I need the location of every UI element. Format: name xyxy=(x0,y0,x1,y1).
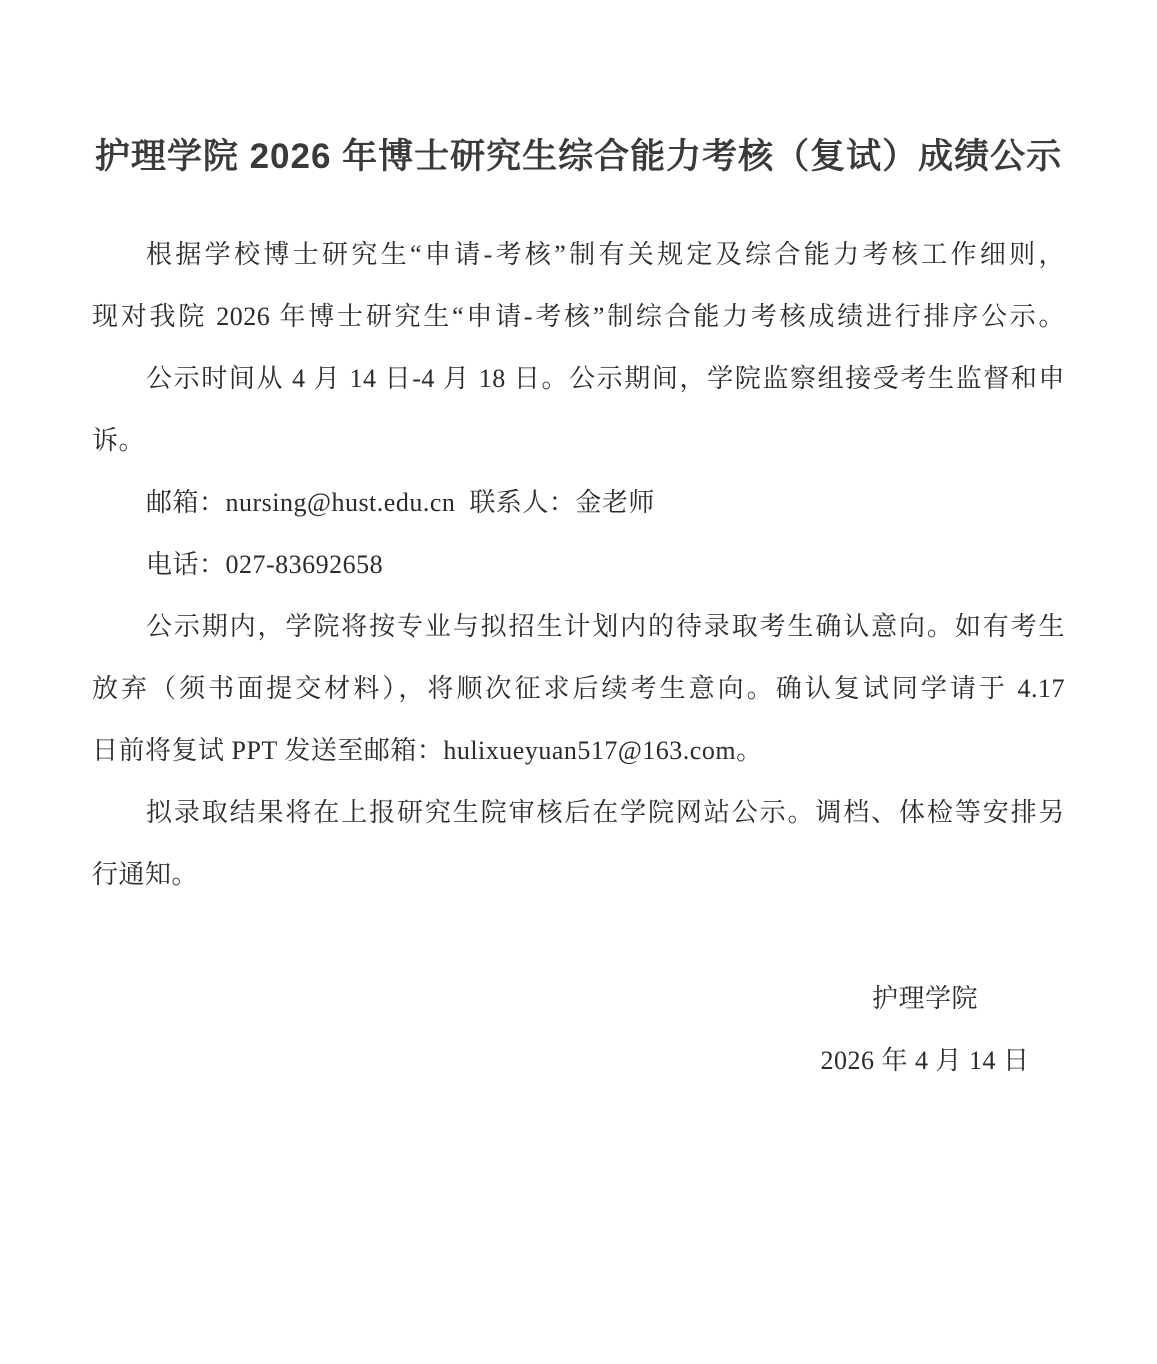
paragraph-confirm-line-2: 放弃（须书面提交材料），将顺次征求后续考生意向。确认复试同学请于 4.17 xyxy=(92,658,1065,720)
contact-phone-line: 电话：027-83692658 xyxy=(92,534,1065,596)
paragraph-result-line-2: 行通知。 xyxy=(92,844,1065,906)
paragraph-period-line-2: 诉。 xyxy=(92,410,1065,472)
signature-gap xyxy=(0,906,1157,968)
signature-org: 护理学院 xyxy=(775,968,1075,1030)
paragraph-intro-line-1: 根据学校博士研究生“申请-考核”制有关规定及综合能力考核工作细则， xyxy=(92,224,1065,286)
paragraph-confirm-line-1: 公示期内，学院将按专业与拟招生计划内的待录取考生确认意向。如有考生 xyxy=(92,596,1065,658)
paragraph-confirm-line-3: 日前将复试 PPT 发送至邮箱：hulixueyuan517@163.com。 xyxy=(92,720,1065,782)
document-body: 根据学校博士研究生“申请-考核”制有关规定及综合能力考核工作细则， 现对我院 2… xyxy=(92,224,1065,906)
paragraph-result-line-1: 拟录取结果将在上报研究生院审核后在学院网站公示。调档、体检等安排另 xyxy=(92,782,1065,844)
paragraph-intro-line-2: 现对我院 2026 年博士研究生“申请-考核”制综合能力考核成绩进行排序公示。 xyxy=(92,286,1065,348)
signature-date: 2026 年 4 月 14 日 xyxy=(775,1030,1075,1092)
document-page: 护理学院 2026 年博士研究生综合能力考核（复试）成绩公示 根据学校博士研究生… xyxy=(0,0,1157,1364)
signature-block: 护理学院 2026 年 4 月 14 日 xyxy=(775,968,1075,1092)
paragraph-period-line-1: 公示时间从 4 月 14 日-4 月 18 日。公示期间，学院监察组接受考生监督… xyxy=(92,348,1065,410)
document-title: 护理学院 2026 年博士研究生综合能力考核（复试）成绩公示 xyxy=(92,139,1065,175)
contact-email-line: 邮箱：nursing@hust.edu.cn 联系人：金老师 xyxy=(92,472,1065,534)
